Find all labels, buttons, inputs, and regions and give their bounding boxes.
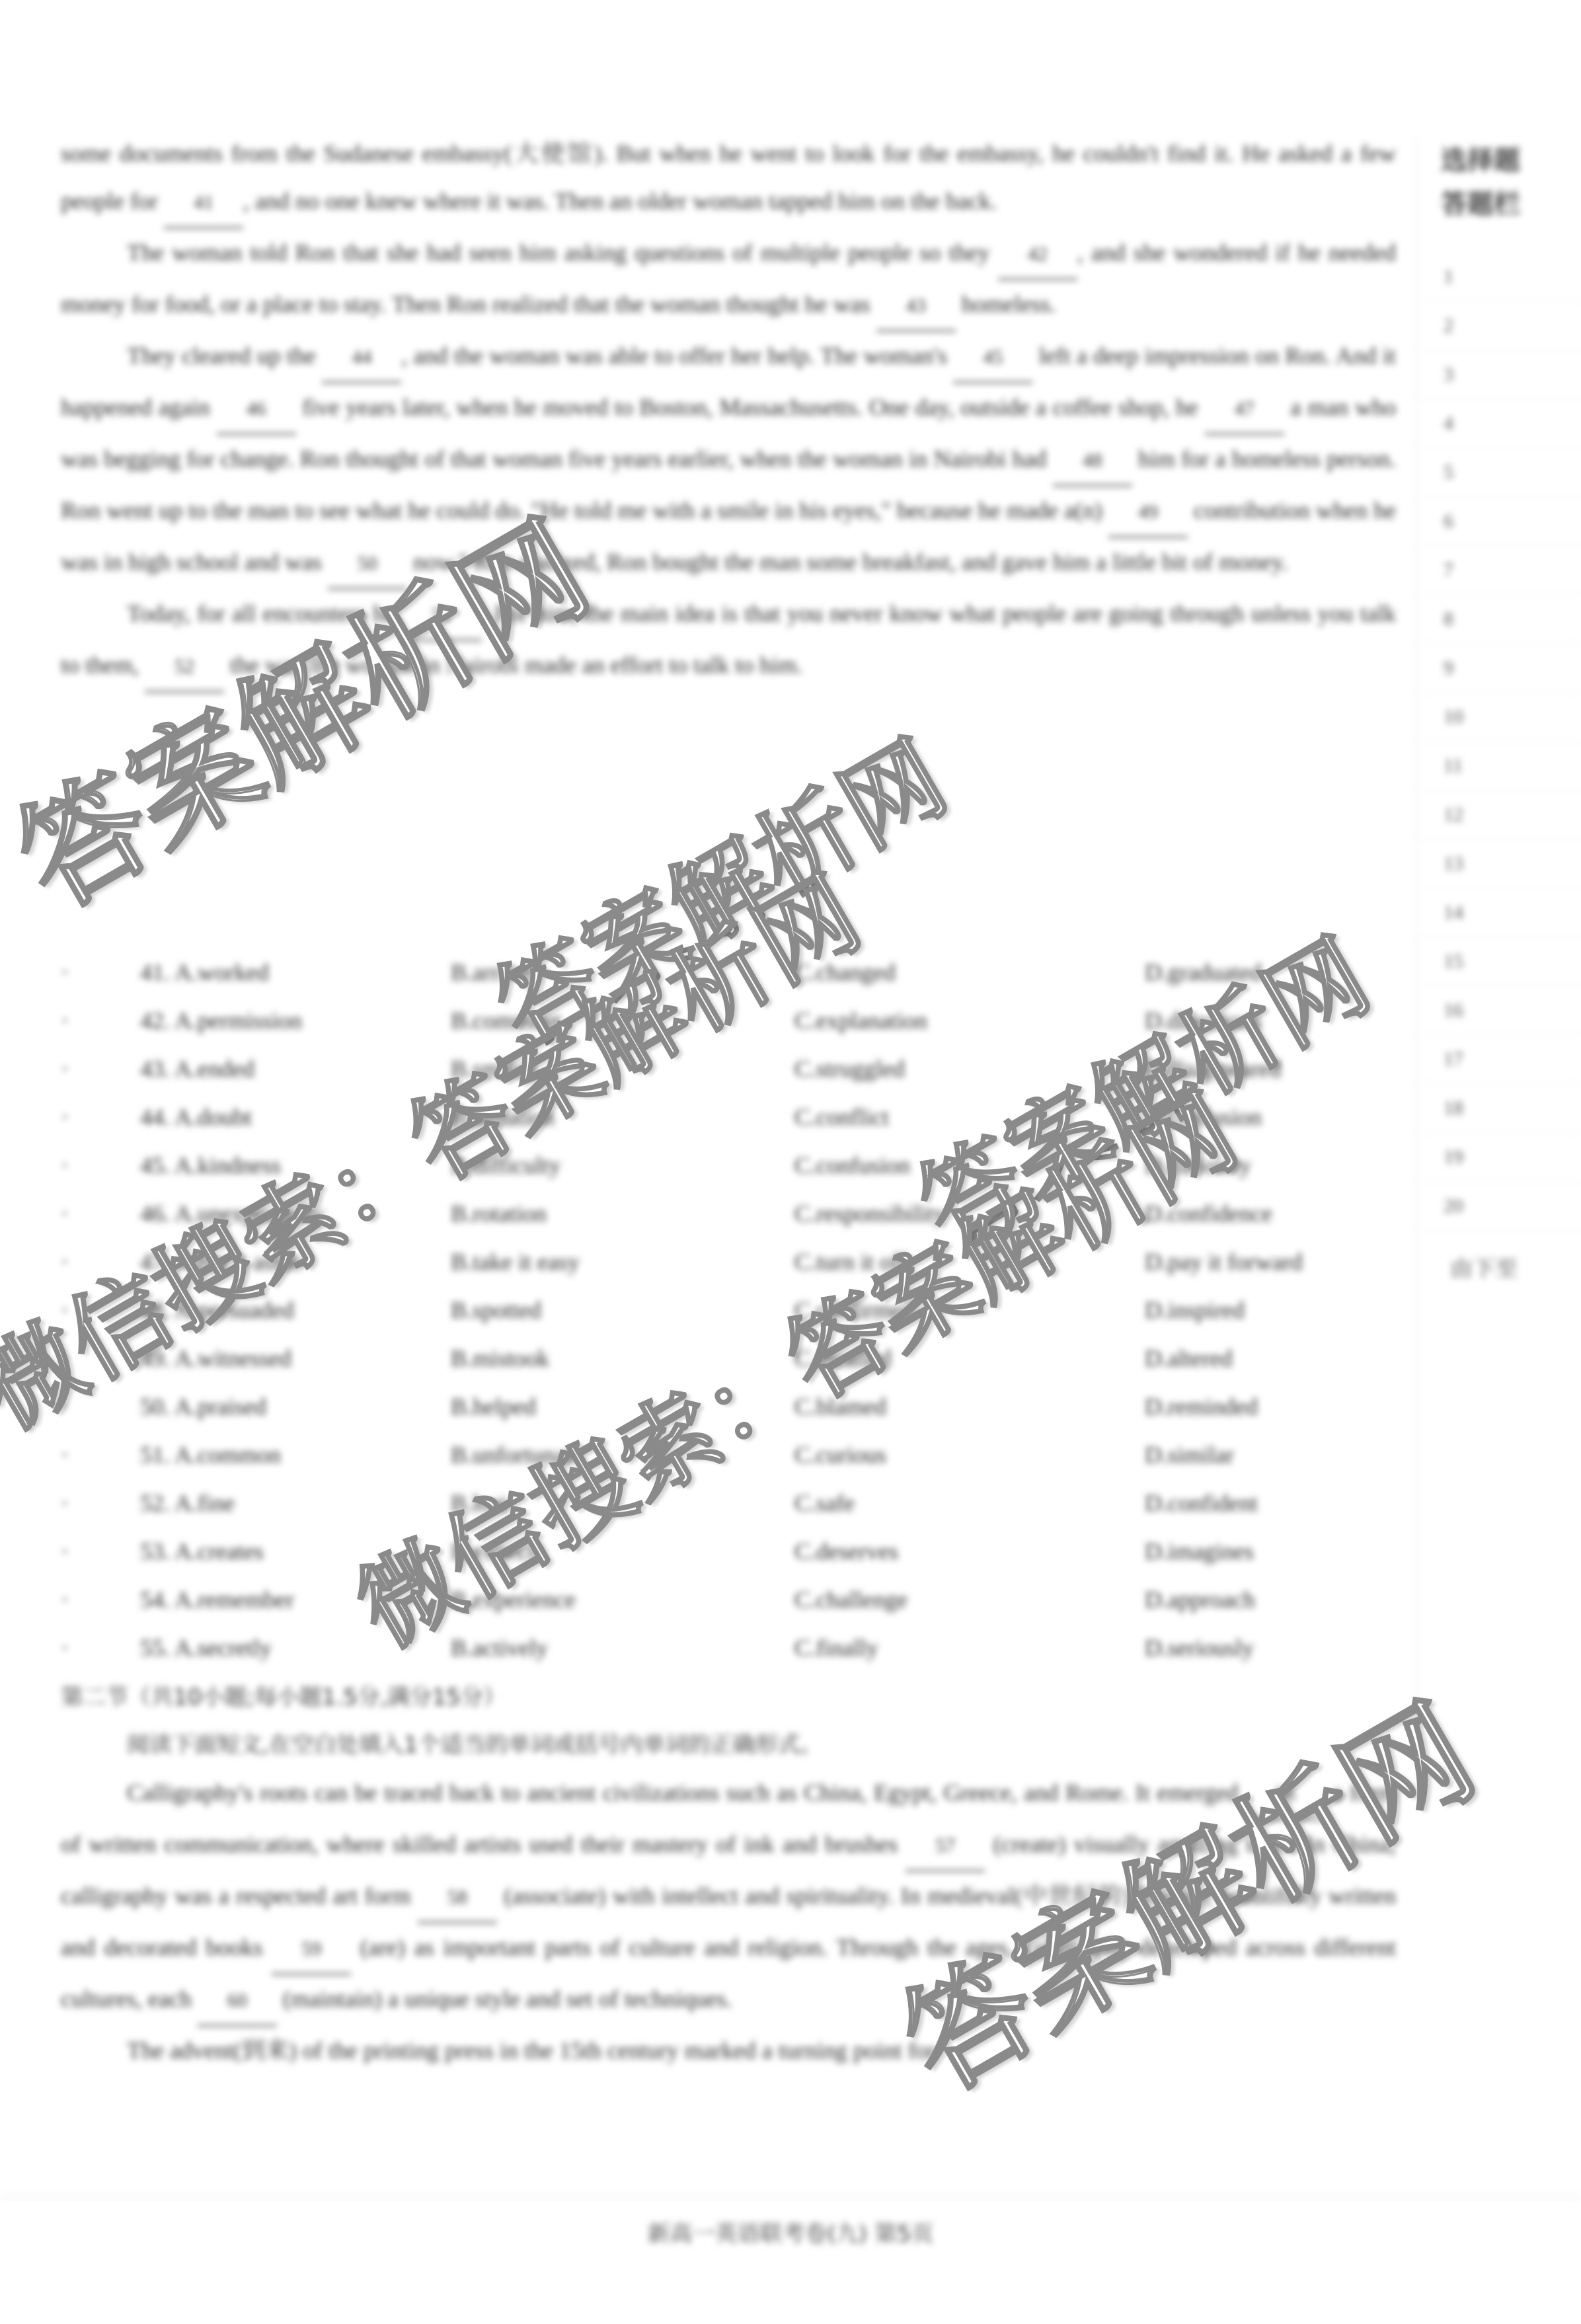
option-row-49: ·49. A.witnessedB.mistookC.recalledD.alt… bbox=[61, 1335, 1396, 1383]
option-a: 52. A.fine bbox=[140, 1479, 235, 1528]
blank-44: 44 bbox=[322, 334, 401, 383]
option-b: B.rotation bbox=[451, 1190, 547, 1238]
option-c: C.finally bbox=[794, 1624, 878, 1672]
answer-row-6: 6 bbox=[1417, 497, 1581, 546]
option-d: D.confidence bbox=[1145, 1190, 1272, 1238]
section-instruction: 阅读下面短文,在空白处填入1个适当的单词或括号内单词的正确形式。 bbox=[61, 1721, 1396, 1769]
option-d: D.approach bbox=[1145, 1576, 1255, 1624]
option-c: C.recalled bbox=[794, 1335, 892, 1383]
option-c: C.safe bbox=[794, 1479, 855, 1528]
option-c: C.turn it off bbox=[794, 1238, 907, 1286]
answer-row-1: 1 bbox=[1417, 252, 1581, 301]
option-dot: · bbox=[61, 1624, 69, 1672]
option-d: D.graduated bbox=[1145, 949, 1262, 997]
blank-60: 60 bbox=[198, 1977, 277, 2027]
option-dot: · bbox=[61, 1576, 69, 1624]
option-dot: · bbox=[61, 1528, 69, 1576]
blank-48: 48 bbox=[1053, 437, 1132, 486]
answer-sidebar: 选择题 答题栏 1234567891011121314151617181920 … bbox=[1416, 139, 1581, 1725]
option-c: C.blamed bbox=[794, 1383, 886, 1431]
paragraph: Today, for all encounters he 51. For him… bbox=[61, 590, 1396, 693]
option-b: B.lost bbox=[451, 1479, 507, 1528]
option-row-52: ·52. A.fineB.lostC.safeD.confident bbox=[61, 1479, 1396, 1528]
blank-52: 52 bbox=[145, 643, 224, 693]
option-row-45: ·45. A.kindnessB.difficultyC.confusionD.… bbox=[61, 1142, 1396, 1190]
option-d: D.directions bbox=[1145, 997, 1262, 1045]
exam-page: some documents from the Sudanese embassy… bbox=[0, 0, 1581, 2324]
paragraph: some documents from the Sudanese embassy… bbox=[61, 130, 1396, 229]
option-d: D.disappeared bbox=[1145, 1045, 1282, 1093]
option-d: D.reminded bbox=[1145, 1383, 1258, 1431]
option-c: C.conflict bbox=[794, 1093, 889, 1142]
option-dot: · bbox=[61, 1383, 69, 1431]
option-b: B.take it easy bbox=[451, 1238, 580, 1286]
option-d: D.pay it forward bbox=[1145, 1238, 1303, 1286]
option-d: D.seriously bbox=[1145, 1624, 1254, 1672]
page-footer: 新高一英语联考卷(九) 第5页 bbox=[0, 2216, 1581, 2248]
option-a: 46. A.unexpectedly bbox=[140, 1190, 325, 1238]
sidebar-header-line-1: 选择题 bbox=[1417, 139, 1581, 182]
blank-58: 58 bbox=[418, 1874, 497, 1923]
option-b: B.expects bbox=[451, 1528, 544, 1576]
option-row-46: ·46. A.unexpectedlyB.rotationC.responsib… bbox=[61, 1190, 1396, 1238]
answer-row-10: 10 bbox=[1417, 693, 1581, 742]
option-dot: · bbox=[61, 1431, 69, 1479]
answer-row-14: 14 bbox=[1417, 888, 1581, 937]
option-a: 49. A.witnessed bbox=[140, 1335, 291, 1383]
blank-43: 43 bbox=[876, 282, 956, 332]
option-c: C.confirmed bbox=[794, 1286, 914, 1335]
option-b: B.difficulty bbox=[451, 1142, 560, 1190]
paragraph: They cleared up the 44, and the woman wa… bbox=[61, 332, 1396, 590]
option-b: B.smiled bbox=[451, 1045, 536, 1093]
paragraph: Calligraphy's roots can be traced back t… bbox=[61, 1769, 1396, 2027]
option-c: C.challenge bbox=[794, 1576, 907, 1624]
option-a: 45. A.kindness bbox=[140, 1142, 281, 1190]
grammar-fill-passage: Calligraphy's roots can be traced back t… bbox=[61, 1769, 1396, 2074]
answer-row-13: 13 bbox=[1417, 839, 1581, 888]
option-dot: · bbox=[61, 1045, 69, 1093]
answer-row-3: 3 bbox=[1417, 350, 1581, 399]
blank-41: 41 bbox=[164, 179, 243, 229]
option-b: B.experience bbox=[451, 1576, 576, 1624]
option-dot: · bbox=[61, 1238, 69, 1286]
answer-row-17: 17 bbox=[1417, 1035, 1581, 1084]
blank-57: 57 bbox=[906, 1822, 985, 1872]
answer-row-20: 20 bbox=[1417, 1182, 1581, 1231]
option-b: B.mistook bbox=[451, 1335, 549, 1383]
option-row-50: ·50. A.praisedB.helpedC.blamedD.reminded bbox=[61, 1383, 1396, 1431]
option-dot: · bbox=[61, 997, 69, 1045]
option-row-53: ·53. A.createsB.expectsC.deservesD.imagi… bbox=[61, 1528, 1396, 1576]
option-dot: · bbox=[61, 949, 69, 997]
option-c: C.confusion bbox=[794, 1142, 910, 1190]
section-title: 第二节（共10小题;每小题1.5分,满分15分） bbox=[61, 1674, 1396, 1721]
blank-46: 46 bbox=[217, 385, 296, 435]
answer-row-16: 16 bbox=[1417, 986, 1581, 1035]
option-a: 53. A.creates bbox=[140, 1528, 264, 1576]
option-a: 55. A.secretly bbox=[140, 1624, 272, 1672]
blank-56: 56 bbox=[1246, 1771, 1325, 1820]
answer-row-12: 12 bbox=[1417, 791, 1581, 839]
answer-row-5: 5 bbox=[1417, 448, 1581, 497]
option-row-48: ·48. A.persuadedB.spottedC.confirmedD.in… bbox=[61, 1286, 1396, 1335]
option-a: 54. A.remember bbox=[140, 1576, 294, 1624]
blank-50: 50 bbox=[328, 540, 407, 590]
footer-divider bbox=[0, 2196, 1581, 2198]
option-dot: · bbox=[61, 1190, 69, 1238]
answer-rows: 1234567891011121314151617181920 bbox=[1417, 252, 1581, 1231]
option-d: D.curiosity bbox=[1145, 1142, 1251, 1190]
option-b: B.actively bbox=[451, 1624, 548, 1672]
option-row-55: ·55. A.secretlyB.activelyC.finallyD.seri… bbox=[61, 1624, 1396, 1672]
sidebar-header-line-2: 答题栏 bbox=[1417, 182, 1581, 226]
option-a: 43. A.ended bbox=[140, 1045, 254, 1093]
option-c: C.deserves bbox=[794, 1528, 898, 1576]
option-d: D.imagines bbox=[1145, 1528, 1254, 1576]
option-d: D.confident bbox=[1145, 1479, 1258, 1528]
option-dot: · bbox=[61, 1479, 69, 1528]
option-c: C.struggled bbox=[794, 1045, 905, 1093]
answer-row-11: 11 bbox=[1417, 742, 1581, 791]
option-d: D.inspired bbox=[1145, 1286, 1245, 1335]
paragraph: The advent(到来) of the printing press in … bbox=[61, 2027, 1396, 2074]
blank-47: 47 bbox=[1205, 385, 1284, 435]
option-b: B.unfortunate bbox=[451, 1431, 582, 1479]
option-b: B.comment bbox=[451, 997, 561, 1045]
options-table: ·41. A.workedB.arrivedC.changedD.graduat… bbox=[61, 949, 1396, 1672]
option-a: 48. A.persuaded bbox=[140, 1286, 294, 1335]
sidebar-footer: 由下至 bbox=[1417, 1251, 1581, 1283]
option-dot: · bbox=[61, 1093, 69, 1142]
option-a: 42. A.permission bbox=[140, 997, 302, 1045]
option-a: 44. A.doubt bbox=[140, 1093, 252, 1142]
option-c: C.curious bbox=[794, 1431, 886, 1479]
answer-row-4: 4 bbox=[1417, 399, 1581, 448]
option-a: 50. A.praised bbox=[140, 1383, 266, 1431]
option-row-41: ·41. A.workedB.arrivedC.changedD.graduat… bbox=[61, 949, 1396, 997]
answer-row-8: 8 bbox=[1417, 595, 1581, 644]
option-a: 41. A.worked bbox=[140, 949, 269, 997]
blank-49: 49 bbox=[1108, 488, 1188, 538]
answer-row-15: 15 bbox=[1417, 937, 1581, 986]
answer-row-18: 18 bbox=[1417, 1084, 1581, 1133]
option-row-42: ·42. A.permissionB.commentC.explanationD… bbox=[61, 997, 1396, 1045]
paragraph: The woman told Ron that she had seen him… bbox=[61, 229, 1396, 332]
option-c: C.explanation bbox=[794, 997, 927, 1045]
option-dot: · bbox=[61, 1286, 69, 1335]
option-row-43: ·43. A.endedB.smiledC.struggledD.disappe… bbox=[61, 1045, 1396, 1093]
option-d: D.similar bbox=[1145, 1431, 1234, 1479]
blank-51: 51 bbox=[403, 592, 482, 641]
blank-45: 45 bbox=[953, 334, 1032, 383]
option-row-51: ·51. A.commonB.unfortunateC.curiousD.sim… bbox=[61, 1431, 1396, 1479]
option-b: B.situation bbox=[451, 1093, 555, 1142]
blank-42: 42 bbox=[998, 231, 1077, 280]
cloze-passage: some documents from the Sudanese embassy… bbox=[61, 130, 1396, 693]
option-c: C.responsibility bbox=[794, 1190, 946, 1238]
answer-row-19: 19 bbox=[1417, 1133, 1581, 1182]
option-d: D.confusion bbox=[1145, 1093, 1262, 1142]
option-row-54: ·54. A.rememberB.experienceC.challengeD.… bbox=[61, 1576, 1396, 1624]
option-row-44: ·44. A.doubtB.situationC.conflictD.confu… bbox=[61, 1093, 1396, 1142]
option-row-47: ·47. A.put it asideB.take it easyC.turn … bbox=[61, 1238, 1396, 1286]
blank-59: 59 bbox=[272, 1925, 351, 1975]
answer-row-2: 2 bbox=[1417, 301, 1581, 350]
answer-row-9: 9 bbox=[1417, 644, 1581, 693]
option-dot: · bbox=[61, 1142, 69, 1190]
option-c: C.changed bbox=[794, 949, 896, 997]
option-d: D.altered bbox=[1145, 1335, 1233, 1383]
option-a: 47. A.put it aside bbox=[140, 1238, 302, 1286]
option-b: B.helped bbox=[451, 1383, 536, 1431]
option-b: B.arrived bbox=[451, 949, 540, 997]
option-b: B.spotted bbox=[451, 1286, 541, 1335]
option-dot: · bbox=[61, 1335, 69, 1383]
option-a: 51. A.common bbox=[140, 1431, 281, 1479]
answer-row-7: 7 bbox=[1417, 546, 1581, 595]
